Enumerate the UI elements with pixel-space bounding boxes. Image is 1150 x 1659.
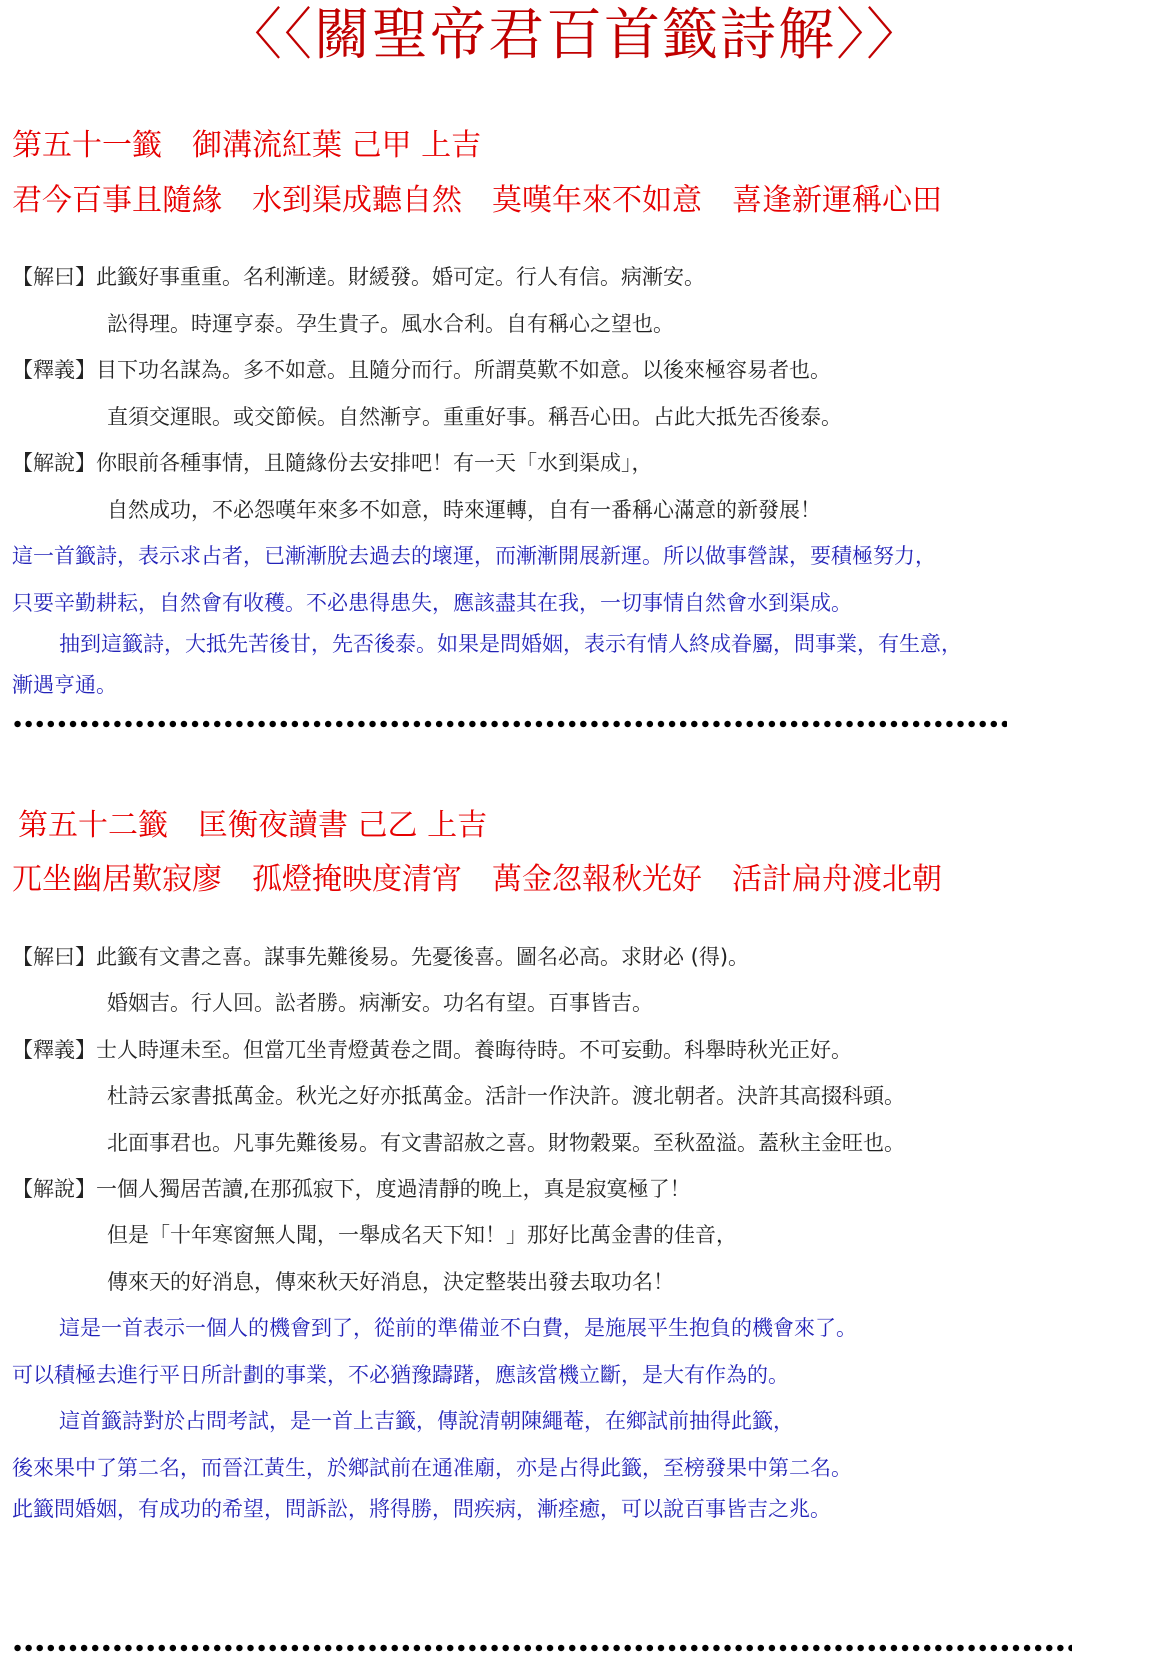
commentary-line: 後來果中了第二名，而晉江黃生，於鄉試前在通准廟，亦是占得此籤，至榜發果中第二名。 (12, 1454, 852, 1482)
entry-jieyue: 【解曰】此籤有文書之喜。謀事先難後易。先憂後喜。圖名必高。求財必 (得)。 (12, 943, 749, 971)
entry-label: 【解說】 (12, 449, 96, 477)
section-heading: 第五十二籤 匡衡夜讀書 己乙 上吉 (18, 808, 487, 844)
entry-shiyi: 【釋義】目下功名謀為。多不如意。且隨分而行。所謂莫歎不如意。以後來極容易者也。 (12, 356, 831, 384)
entry-line: 直須交運眼。或交節候。自然漸亨。重重好事。稱吾心田。占此大抵先否後泰。 (107, 403, 842, 431)
entry-line: 此籤好事重重。名利漸達。財緩發。婚可定。行人有信。病漸安。 (96, 265, 705, 289)
entry-line: 訟得理。時運亨泰。孕生貴子。風水合利。自有稱心之望也。 (107, 310, 674, 338)
entry-line: 傳來天的好消息，傳來秋天好消息，決定整裝出發去取功名！ (107, 1268, 674, 1296)
entry-label: 【釋義】 (12, 356, 96, 384)
entry-shiyi: 【釋義】士人時運未至。但當兀坐青燈黃卷之間。養晦待時。不可妄動。科舉時秋光正好。 (12, 1036, 852, 1064)
commentary-line: 這是一首表示一個人的機會到了，從前的準備並不白費，是施展平生抱負的機會來了。 (38, 1314, 857, 1342)
entry-label: 【解說】 (12, 1175, 96, 1203)
commentary-line: 可以積極去進行平日所計劃的事業，不必猶豫躊躇，應該當機立斷，是大有作為的。 (12, 1361, 789, 1389)
entry-line: 但是「十年寒窗無人聞，一舉成名天下知！」那好比萬金書的佳音， (107, 1221, 737, 1249)
entry-line: 此籤有文書之喜。謀事先難後易。先憂後喜。圖名必高。求財必 (得)。 (96, 945, 749, 969)
commentary-line: 這一首籤詩，表示求占者，已漸漸脫去過去的壞運，而漸漸開展新運。所以做事營謀，要積… (12, 542, 936, 570)
entry-line: 士人時運未至。但當兀坐青燈黃卷之間。養晦待時。不可妄動。科舉時秋光正好。 (96, 1038, 852, 1062)
section-heading: 第五十一籤 御溝流紅葉 己甲 上吉 (12, 128, 481, 164)
poem-line: 君今百事且隨緣 水到渠成聽自然 莫嘆年來不如意 喜逢新運稱心田 (12, 183, 942, 219)
entry-line: 你眼前各種事情，且隨緣份去安排吧！有一天「水到渠成」， (96, 451, 653, 475)
commentary-line: 漸遇亨通。 (12, 671, 117, 699)
entry-jieshuo: 【解說】一個人獨居苦讀,在那孤寂下，度過清靜的晚上，真是寂寞極了！ (12, 1175, 691, 1203)
entry-line: 自然成功，不必怨嘆年來多不如意，時來運轉，自有一番稱心滿意的新發展！ (107, 496, 821, 524)
commentary-line: 這首籤詩對於占問考試，是一首上吉籤，傳說清朝陳繩菴，在鄉試前抽得此籤， (38, 1407, 794, 1435)
entry-line: 一個人獨居苦讀,在那孤寂下，度過清靜的晚上，真是寂寞極了！ (96, 1177, 691, 1201)
entry-jieyue: 【解曰】此籤好事重重。名利漸達。財緩發。婚可定。行人有信。病漸安。 (12, 263, 705, 291)
poem-line: 兀坐幽居歎寂廖 孤燈掩映度清宵 萬金忽報秋光好 活計扁舟渡北朝 (12, 862, 942, 898)
entry-line: 目下功名謀為。多不如意。且隨分而行。所謂莫歎不如意。以後來極容易者也。 (96, 358, 831, 382)
entry-line: 婚姻吉。行人回。訟者勝。病漸安。功名有望。百事皆吉。 (107, 989, 653, 1017)
entry-label: 【解曰】 (12, 943, 96, 971)
commentary-line: 此籤問婚姻，有成功的希望，問訴訟，將得勝，問疾病，漸痊癒，可以說百事皆吉之兆。 (12, 1495, 831, 1523)
page-title: 〈〈關聖帝君百首籤詩解〉〉 (0, 0, 1150, 75)
commentary-line: 抽到這籤詩，大抵先苦後甘，先否後泰。如果是問婚姻，表示有情人終成眷屬，問事業，有… (38, 630, 962, 658)
entry-line: 杜詩云家書抵萬金。秋光之好亦抵萬金。活計一作決許。渡北朝者。決許其高掇科頭。 (107, 1082, 905, 1110)
entry-label: 【釋義】 (12, 1036, 96, 1064)
entry-label: 【解曰】 (12, 263, 96, 291)
entry-line: 北面事君也。凡事先難後易。有文書詔赦之喜。財物穀粟。至秋盈溢。蓋秋主金旺也。 (107, 1129, 905, 1157)
dotted-divider (12, 1643, 1072, 1653)
entry-jieshuo: 【解說】你眼前各種事情，且隨緣份去安排吧！有一天「水到渠成」， (12, 449, 653, 477)
dotted-divider (12, 719, 1007, 729)
commentary-line: 只要辛勤耕耘，自然會有收穫。不必患得患失，應該盡其在我，一切事情自然會水到渠成。 (12, 589, 852, 617)
